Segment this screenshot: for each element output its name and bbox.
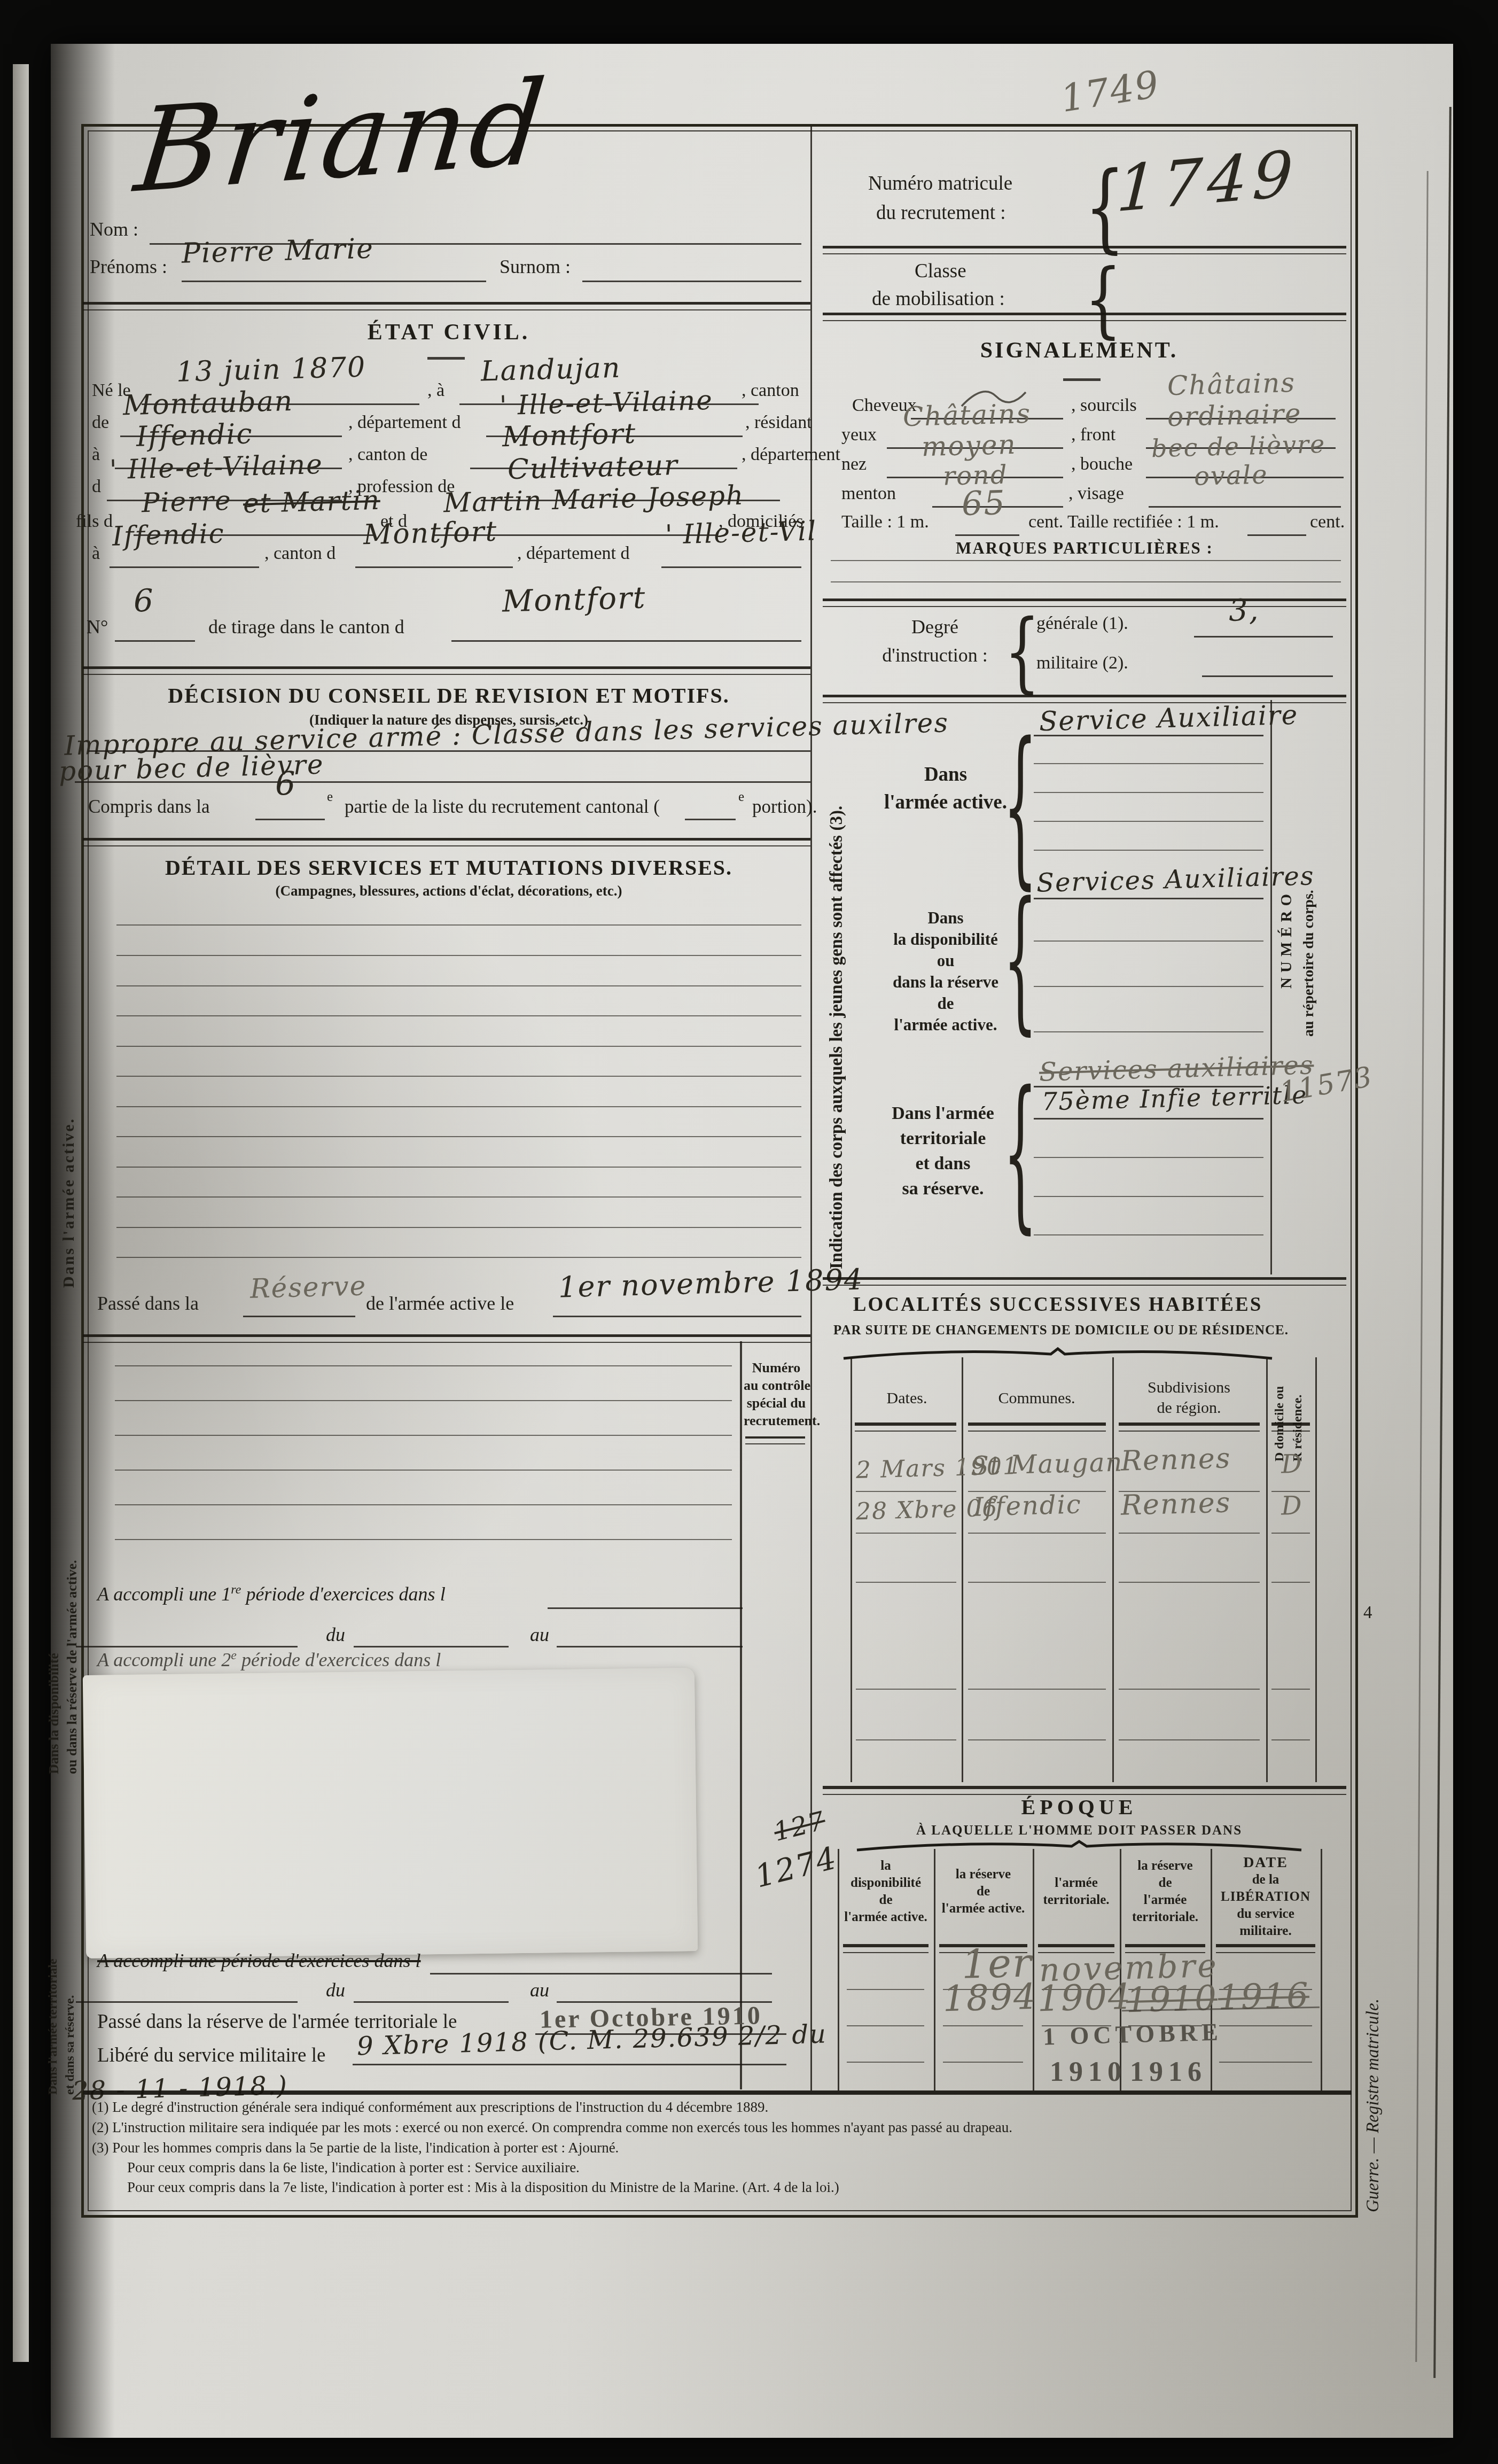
localite-row-subdivision: Rennes xyxy=(1120,1487,1231,1521)
ruled-line xyxy=(1247,534,1306,536)
residence-value: Iffendic xyxy=(136,418,253,453)
au-label: au xyxy=(530,1623,549,1646)
degre-brace: { xyxy=(1004,601,1040,702)
footnote-3: (3) Pour les hommes compris dans la 5e p… xyxy=(92,2140,619,2156)
epoque-table-border xyxy=(1321,1849,1322,2090)
periode3-label-struck: A accompli une période d'exercices dans … xyxy=(97,1949,421,1972)
father-value: Pierre xyxy=(141,485,232,518)
militaire-label: militaire (2). xyxy=(1036,653,1128,673)
ruled-line xyxy=(685,819,736,820)
compris-end: portion). xyxy=(752,796,817,818)
ruled-line xyxy=(1119,1533,1260,1534)
margin-label-disponibilite-2: ou dans la réserve de l'armée active. xyxy=(64,1357,80,1774)
localites-col-divider xyxy=(962,1357,963,1782)
corps-terr-l1: Dans l'armée xyxy=(865,1103,1020,1124)
prenoms-label: Prénoms : xyxy=(90,255,167,278)
ruled-line xyxy=(116,1015,801,1016)
ruled-line xyxy=(1149,506,1341,508)
localite-row-commune: St Maugan xyxy=(971,1447,1123,1481)
ruled-line xyxy=(968,1582,1106,1583)
compris-sup1: e xyxy=(327,790,333,805)
father-struck-value: et Martin xyxy=(243,485,380,519)
header-rule xyxy=(1119,1423,1260,1432)
bouche-value: bec de lièvre xyxy=(1151,430,1326,463)
ruled-line xyxy=(968,1533,1106,1534)
a-label: à xyxy=(92,543,100,564)
corps-dispo-brace: { xyxy=(1003,868,1037,1050)
nez-value: moyen xyxy=(921,429,1017,463)
passe-reserve-pre: Passé dans la xyxy=(97,1292,199,1315)
ruled-line xyxy=(1034,986,1263,987)
localites-title: LOCALITÉS SUCCESSIVES HABITÉES xyxy=(833,1293,1282,1316)
corps-terr-l4: sa réserve. xyxy=(865,1179,1020,1199)
bouche-label: , bouche xyxy=(1071,454,1133,475)
ruled-line xyxy=(75,781,810,783)
ruled-line xyxy=(430,1973,772,1975)
degre-label-l2: d'instruction : xyxy=(855,644,1015,666)
epoque-stamp-octobre: 1 OCTOBRE xyxy=(1042,2018,1222,2051)
title-ornament xyxy=(427,357,465,360)
ruled-line xyxy=(1034,898,1263,899)
epoque-col2-l1: la réserve xyxy=(936,1867,1031,1882)
epoque-hw-1894: 1894 xyxy=(942,1976,1037,2020)
header-rule xyxy=(1271,1423,1310,1432)
ruled-line xyxy=(115,640,195,642)
ruled-line xyxy=(354,1646,509,1647)
menton-label: menton xyxy=(841,484,896,504)
localites-col-subdiv-l2: de région. xyxy=(1115,1399,1262,1417)
tirage-canton-value: Montfort xyxy=(502,580,646,619)
du-label: du xyxy=(326,1979,345,2001)
profession-value: Cultivateur xyxy=(507,449,678,486)
epoque-col5-l3: LIBÉRATION xyxy=(1213,1890,1318,1905)
compris-sup2: e xyxy=(738,790,744,805)
signalement-title: SIGNALEMENT. xyxy=(908,338,1250,363)
passe-reserve-value: Réserve xyxy=(249,1270,367,1304)
ruled-line xyxy=(1271,1582,1310,1583)
corps-dispo-l2: la disponibilité xyxy=(876,930,1015,949)
section-rule xyxy=(823,598,1346,607)
ruled-line xyxy=(451,640,801,642)
ruled-line xyxy=(115,1470,732,1471)
visage-label: , visage xyxy=(1068,484,1124,504)
a-label: à xyxy=(92,445,100,465)
sourcils-label: , sourcils xyxy=(1071,395,1137,416)
epoque-col4-l4: territoriale. xyxy=(1122,1910,1208,1925)
margin-imprint: Guerre. — Registre matricule. xyxy=(1363,1635,1383,2212)
ruled-line xyxy=(943,2062,1023,2063)
epoque-col5-l2: de la xyxy=(1213,1872,1318,1887)
du-label: du xyxy=(326,1623,345,1646)
canton-de-label: , canton de xyxy=(348,445,427,465)
epoque-brace-ornament xyxy=(855,1839,1304,1852)
tirage-no-label: N° xyxy=(87,616,108,638)
ruled-line xyxy=(76,1646,298,1647)
sourcils-value: Châtains xyxy=(1167,367,1296,401)
libere-pre: Libéré du service militaire le xyxy=(97,2044,325,2067)
ruled-line xyxy=(115,1539,732,1540)
epoque-col2-l3: l'armée active. xyxy=(936,1901,1031,1916)
birth-date-value: 13 juin 1870 xyxy=(176,351,366,388)
degre-label-l1: Degré xyxy=(876,616,994,638)
ruled-line xyxy=(115,1435,732,1436)
header-rule xyxy=(1216,1944,1315,1953)
yeux-value: Châtains xyxy=(902,398,1031,432)
ruled-line xyxy=(1034,1031,1263,1032)
footnote-4: Pour ceux compris dans la 6e liste, l'in… xyxy=(127,2159,580,2176)
corps-terr-l2: territoriale xyxy=(865,1129,1020,1149)
ruled-line xyxy=(1271,1739,1310,1740)
localite-row-dr: D xyxy=(1281,1449,1303,1479)
ruled-line xyxy=(553,1316,801,1317)
ruled-line xyxy=(847,2062,924,2063)
section-rule xyxy=(83,838,810,846)
controle-header-l4: recrutement. xyxy=(744,1413,809,1429)
localites-col-dates: Dates. xyxy=(855,1389,959,1408)
generale-label: générale (1). xyxy=(1036,613,1128,634)
corps-dispo-l1: Dans xyxy=(898,908,994,928)
visage-value: ovale xyxy=(1193,460,1268,492)
matricule-label-line1: Numéro matricule xyxy=(868,172,1012,195)
ruled-line xyxy=(116,1046,801,1047)
controle-header-l2: au contrôle xyxy=(744,1378,809,1394)
localites-col-communes: Communes. xyxy=(966,1389,1107,1408)
ruled-line xyxy=(548,1607,743,1609)
header-rule xyxy=(855,1423,956,1432)
ruled-line xyxy=(116,1227,801,1228)
title-ornament xyxy=(1063,378,1101,381)
footnote-5: Pour ceux compris dans la 7e liste, l'in… xyxy=(127,2179,839,2196)
ruled-line xyxy=(182,281,486,282)
controle-column-divider xyxy=(740,1341,742,2089)
ruled-line xyxy=(1202,675,1333,677)
front-value: ordinaire xyxy=(1167,398,1302,433)
taille-end: cent. xyxy=(1310,512,1345,532)
ruled-line xyxy=(1119,1739,1260,1740)
departement-label: , département xyxy=(742,445,840,465)
localite-row-dr: D xyxy=(1281,1490,1303,1521)
ruled-line xyxy=(968,1689,1106,1690)
localites-brace-ornament xyxy=(841,1347,1274,1361)
ruled-line xyxy=(115,1365,732,1366)
epoque-col-divider xyxy=(1033,1849,1034,2090)
ruled-line xyxy=(1194,636,1333,638)
epoque-col4-l2: de xyxy=(1122,1876,1208,1891)
departement-d-label: , département d xyxy=(348,413,461,433)
taille-label: Taille : 1 m. xyxy=(841,512,929,532)
corps-dispo-l3: ou xyxy=(898,951,994,970)
ruled-line xyxy=(955,534,1019,536)
epoque-table-border xyxy=(838,1849,839,2090)
ruled-line xyxy=(1034,850,1263,851)
controle-header-l1: Numéro xyxy=(744,1360,809,1376)
epoque-stamp-1916: 1916 xyxy=(1130,2056,1207,2088)
ruled-line xyxy=(116,1257,801,1258)
ruled-line xyxy=(968,1739,1106,1740)
ruled-line xyxy=(1271,1689,1310,1690)
ruled-line xyxy=(1034,940,1263,942)
ruled-line xyxy=(1271,1533,1310,1534)
footnote-2: (2) L'instruction militaire sera indiqué… xyxy=(92,2119,1012,2136)
bottom-section-rule xyxy=(83,2090,1352,2095)
decision-title: DÉCISION DU CONSEIL DE REVISION ET MOTIF… xyxy=(134,683,764,708)
localites-col-divider xyxy=(1266,1357,1268,1782)
birth-canton-value: Montauban xyxy=(122,385,294,422)
margin-imprint-page: 4 xyxy=(1363,1603,1372,1623)
localites-col-dr-l1: D domicile ou xyxy=(1273,1360,1287,1462)
ruled-line xyxy=(243,1316,355,1317)
taille-mid: cent. Taille rectifiée : 1 m. xyxy=(1028,512,1219,532)
canton-suffix: , canton xyxy=(742,380,799,401)
birth-place-value: Landujan xyxy=(480,352,621,388)
domicile-value: Iffendic xyxy=(112,518,225,551)
nom-label: Nom : xyxy=(90,218,138,240)
classe-label-line2: de mobilisation : xyxy=(872,287,1005,310)
epoque-col1-l2: disponibilité xyxy=(840,1876,932,1891)
localites-col-subdiv-l1: Subdivisions xyxy=(1115,1379,1262,1397)
ruled-line xyxy=(847,2025,924,2026)
localites-col-dr-l2: R résidence. xyxy=(1291,1360,1305,1462)
a-label: , à xyxy=(427,380,444,401)
localites-col-divider xyxy=(1112,1357,1114,1782)
section-rule xyxy=(745,1436,805,1444)
de-label: de xyxy=(92,413,109,433)
localite-row-subdivision: Rennes xyxy=(1120,1442,1231,1477)
epoque-hw-1904: 1904 xyxy=(1037,1976,1132,2020)
d-label: d xyxy=(92,477,101,497)
margin-label-armee-active: Dans l'armée active. xyxy=(60,957,78,1288)
marques-label: MARQUES PARTICULIÈRES : xyxy=(908,539,1261,558)
localites-subtitle: PAR SUITE DE CHANGEMENTS DE DOMICILE OU … xyxy=(833,1323,1282,1338)
header-rule xyxy=(968,1423,1106,1432)
corps-dispo-l6: l'armée active. xyxy=(876,1015,1015,1035)
ruled-line xyxy=(856,1689,956,1690)
ruled-line xyxy=(831,581,1341,582)
classe-brace: { xyxy=(1085,251,1122,347)
compris-mid: partie de la liste du recrutement canton… xyxy=(345,796,660,818)
ruled-line xyxy=(116,985,801,986)
ruled-line xyxy=(856,1491,956,1492)
scanned-register-page: 1749 Briand Nom : Prénoms : Pierre Marie… xyxy=(0,0,1498,2464)
ruled-line xyxy=(582,281,801,282)
epoque-col5-l1: DATE xyxy=(1213,1854,1318,1871)
matricule-label-line2: du recrutement : xyxy=(876,201,1005,224)
ruled-line xyxy=(76,2001,298,2003)
surnom-label: Surnom : xyxy=(500,255,571,278)
ruled-line xyxy=(661,566,801,568)
section-rule xyxy=(83,302,810,310)
adjacent-page-edge xyxy=(13,64,29,2362)
tirage-text: de tirage dans le canton d xyxy=(208,616,404,638)
corps-dispo-l4: dans la réserve xyxy=(876,973,1015,992)
controle-header-l3: spécial du xyxy=(744,1395,809,1411)
margin-label-territoriale-1: Dans l'armée territoriale xyxy=(46,1902,60,2095)
epoque-col3-l2: territoriale. xyxy=(1035,1893,1118,1908)
nez-label: nez xyxy=(841,454,867,475)
taille-value: 65 xyxy=(961,483,1007,523)
section-rule xyxy=(823,1277,1346,1286)
ruled-line xyxy=(1219,2025,1312,2026)
epoque-col5-l5: militaire. xyxy=(1213,1924,1318,1939)
periode2-label: A accompli une 2e période d'exercices da… xyxy=(97,1649,441,1671)
au-label: au xyxy=(530,1979,549,2001)
ruled-line xyxy=(1034,763,1263,764)
generale-value: 3, xyxy=(1228,593,1260,628)
corps-margin-label: Indication des corps auxquels les jeunes… xyxy=(827,713,847,1269)
section-rule xyxy=(823,313,1346,321)
corps-terr-l3: et dans xyxy=(865,1154,1020,1174)
epoque-col3-l1: l'armée xyxy=(1035,1876,1118,1891)
ruled-line xyxy=(557,1646,743,1647)
epoque-stamp-1910: 1910 xyxy=(1050,2056,1127,2088)
epoque-subtitle: À LAQUELLE L'HOMME DOIT PASSER DANS xyxy=(865,1823,1293,1838)
section-rule xyxy=(823,1786,1346,1795)
ruled-line xyxy=(255,819,325,820)
ruled-line xyxy=(354,2001,509,2003)
periode2-sup: e xyxy=(231,1649,237,1662)
domicile-canton-value: Montfort xyxy=(363,516,498,551)
epoque-col1-l4: l'armée active. xyxy=(840,1910,932,1925)
header-rule xyxy=(843,1944,929,1953)
epoque-col4-l1: la réserve xyxy=(1122,1859,1208,1874)
margin-label-disponibilite-1: Dans la disponibilité xyxy=(46,1357,62,1774)
departement-d2-label: , département d xyxy=(517,543,630,564)
domicile-departement-value: ' Ille-et-Vil xyxy=(665,515,817,550)
front-label: , front xyxy=(1071,425,1115,445)
localites-table-border xyxy=(1315,1357,1317,1782)
epoque-col-divider xyxy=(934,1849,935,2090)
ruled-line xyxy=(1034,1157,1263,1158)
ruled-line xyxy=(1034,735,1263,736)
residence-canton-value: Montfort xyxy=(502,418,637,454)
ruled-line xyxy=(115,1504,732,1505)
ruled-line xyxy=(1219,2062,1312,2063)
epoque-col5-l4: du service xyxy=(1213,1907,1318,1922)
localite-row-commune: Iffendic xyxy=(973,1489,1082,1522)
ruled-line xyxy=(110,566,259,568)
ruled-line xyxy=(116,1167,801,1168)
compris-value: 6 xyxy=(275,765,297,803)
fils-de-label: fils d xyxy=(76,511,113,532)
ruled-line xyxy=(116,955,801,956)
corps-dispo-l5: de xyxy=(898,994,994,1013)
tirage-no-value: 6 xyxy=(133,582,155,619)
ruled-line xyxy=(943,2025,1023,2026)
corps-active-label-l2: l'armée active. xyxy=(868,791,1023,814)
ruled-line xyxy=(116,924,801,926)
residant-label: , résidant xyxy=(745,413,812,433)
margin-label-territoriale-2: et dans sa réserve. xyxy=(63,1902,77,2095)
epoque-title: ÉPOQUE xyxy=(908,1794,1250,1820)
ruled-line xyxy=(116,1196,801,1198)
epoque-col1-l1: la xyxy=(840,1859,932,1874)
ruled-line xyxy=(88,750,810,752)
epoque-col2-l2: de xyxy=(936,1884,1031,1899)
ruled-line xyxy=(1034,1196,1263,1197)
section-rule xyxy=(83,666,810,675)
ruled-line xyxy=(831,560,1341,561)
ruled-line xyxy=(1034,792,1263,793)
birth-departement-value: ' Ille-et-Vilaine xyxy=(499,385,713,421)
epoque-hw-1916-struck: 1916 xyxy=(1218,1976,1310,2018)
prenoms-value: Pierre Marie xyxy=(181,232,374,269)
localites-table-border xyxy=(851,1357,852,1782)
ruled-line xyxy=(1119,1689,1260,1690)
compris-pre: Compris dans la xyxy=(88,796,209,818)
numero-column-divider xyxy=(1270,700,1272,1274)
ruled-line xyxy=(1034,821,1263,822)
services-title: DÉTAIL DES SERVICES ET MUTATIONS DIVERSE… xyxy=(134,855,764,880)
passe-reserve-mid: de l'armée active le xyxy=(366,1292,514,1315)
ruled-line xyxy=(1119,1582,1260,1583)
section-rule xyxy=(83,1334,810,1343)
ruled-line xyxy=(847,1989,924,1990)
yeux-label: yeux xyxy=(841,425,877,445)
periode1-label: A accompli une 1re période d'exercices d… xyxy=(97,1583,446,1605)
ruled-line xyxy=(116,1136,801,1137)
epoque-hw-1910-struck: 1910 xyxy=(1126,1979,1218,2020)
epoque-col1-l3: de xyxy=(840,1893,932,1908)
ruled-line xyxy=(856,1739,956,1740)
residence-departement-value: ' Ille-et-Vilaine xyxy=(109,449,323,485)
canton-d-label: , canton d xyxy=(264,543,336,564)
ruled-line xyxy=(1034,1118,1263,1120)
ruled-line xyxy=(1034,1234,1263,1235)
ruled-line xyxy=(116,1076,801,1077)
epoque-col4-l3: l'armée xyxy=(1122,1893,1208,1908)
corps-terr-brace: { xyxy=(1003,1055,1037,1249)
ruled-line xyxy=(115,1400,732,1401)
footnote-1: (1) Le degré d'instruction générale sera… xyxy=(92,2099,768,2116)
etat-civil-title: ÉTAT CIVIL. xyxy=(299,320,598,345)
corps-active-label-l1: Dans xyxy=(887,763,1004,786)
ruled-line xyxy=(856,1582,956,1583)
classe-label-line1: Classe xyxy=(915,260,966,283)
periode1-sup: re xyxy=(231,1583,241,1597)
ruled-line xyxy=(353,2064,786,2065)
ruled-line xyxy=(116,1106,801,1107)
ruled-line xyxy=(355,566,513,568)
ruled-line xyxy=(856,1533,956,1534)
pasted-slip xyxy=(83,1668,698,1958)
services-subtitle: (Campagnes, blessures, actions d'éclat, … xyxy=(134,883,764,899)
